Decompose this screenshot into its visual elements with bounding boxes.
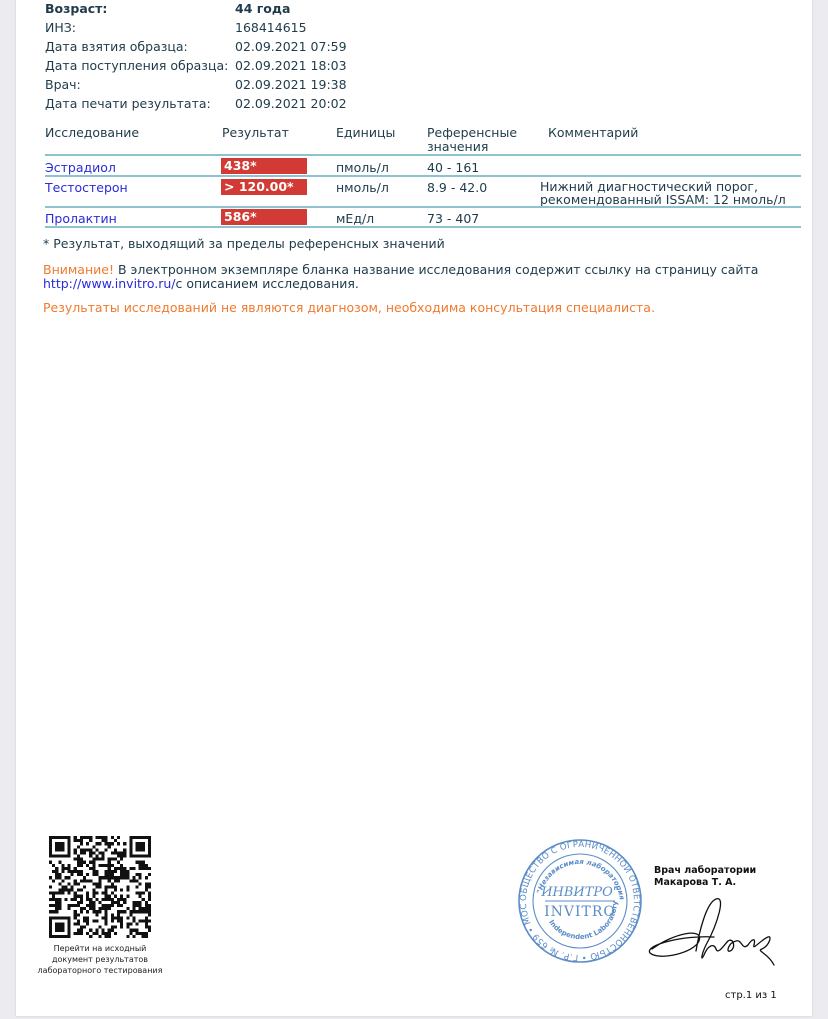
table-rule [45, 226, 801, 228]
reference-cell: 40 - 161 [427, 160, 479, 175]
test-link-prolactin[interactable]: Пролактин [45, 211, 117, 226]
footnote: * Результат, выходящий за пределы рефере… [43, 236, 445, 251]
result-badge: 586* [221, 209, 307, 225]
info-value-sample-received: 02.09.2021 18:03 [235, 58, 347, 73]
info-label-print-date: Дата печати результата: [45, 96, 211, 111]
comment-line2: рекомендованный ISSAM: 12 нмоль/л [540, 193, 786, 207]
qr-caption-line2: документ результатов [36, 954, 164, 965]
test-link-estradiol[interactable]: Эстрадиол [45, 160, 116, 175]
signature-scribble [644, 893, 780, 973]
info-value-age: 44 года [235, 1, 290, 16]
info-label-doctor: Врач: [45, 77, 81, 92]
notice-line1: Внимание! В электронном экземпляре бланк… [43, 262, 758, 277]
header-comment: Комментарий [548, 126, 638, 139]
header-units: Единицы [336, 126, 395, 139]
svg-text:INVITRO: INVITRO [544, 904, 616, 920]
reference-cell: 8.9 - 42.0 [427, 180, 487, 195]
info-value-inz: 168414615 [235, 20, 307, 35]
info-label-inz: ИНЗ: [45, 20, 76, 35]
svg-text:ИНВИТРО": ИНВИТРО" [540, 885, 619, 900]
result-badge: > 120.00* [221, 179, 307, 195]
reference-cell: 73 - 407 [427, 211, 479, 226]
qr-caption-line1: Перейти на исходный [36, 943, 164, 954]
header-reference-line2: значения [427, 140, 488, 153]
table-rule [45, 154, 801, 156]
signature-title: Врач лаборатории [654, 865, 756, 877]
qr-code[interactable] [49, 836, 151, 938]
units-cell: нмоль/л [336, 180, 389, 195]
header-reference-line1: Референсные [427, 126, 517, 139]
notice-text: В электронном экземпляре бланка название… [114, 262, 758, 277]
info-value-print-date: 02.09.2021 20:02 [235, 96, 347, 111]
units-cell: пмоль/л [336, 160, 389, 175]
test-link-testosterone[interactable]: Тестостерон [45, 180, 128, 195]
info-label-sample-received: Дата поступления образца: [45, 58, 228, 73]
notice-line2: http://www.invitro.ru/с описанием исслед… [43, 276, 359, 291]
page-number: стр.1 из 1 [725, 990, 777, 1001]
disclaimer: Результаты исследований не являются диаг… [43, 300, 655, 315]
header-result: Результат [222, 126, 289, 139]
lab-stamp: ОБЩЕСТВО С ОГРАНИЧЕННОЙ ОТВЕТСТВЕННОСТЬЮ… [517, 838, 643, 964]
info-value-sample-taken: 02.09.2021 07:59 [235, 39, 347, 54]
table-rule [45, 175, 801, 177]
notice-link-suffix: с описанием исследования. [176, 276, 359, 291]
units-cell: мЕд/л [336, 211, 374, 226]
document-page: Возраст: 44 года ИНЗ: 168414615 Дата взя… [16, 0, 812, 1016]
table-rule [45, 206, 801, 208]
invitro-link[interactable]: http://www.invitro.ru/ [43, 276, 176, 291]
qr-caption-line3: лабораторного тестирования [36, 965, 164, 976]
header-test: Исследование [45, 126, 139, 139]
result-badge: 438* [221, 158, 307, 174]
info-label-sample-taken: Дата взятия образца: [45, 39, 188, 54]
qr-caption: Перейти на исходный документ результатов… [36, 943, 164, 976]
info-label-age: Возраст: [45, 1, 107, 16]
info-value-doctor: 02.09.2021 19:38 [235, 77, 347, 92]
attention-label: Внимание! [43, 262, 114, 277]
signature-name: Макарова Т. А. [654, 877, 736, 889]
